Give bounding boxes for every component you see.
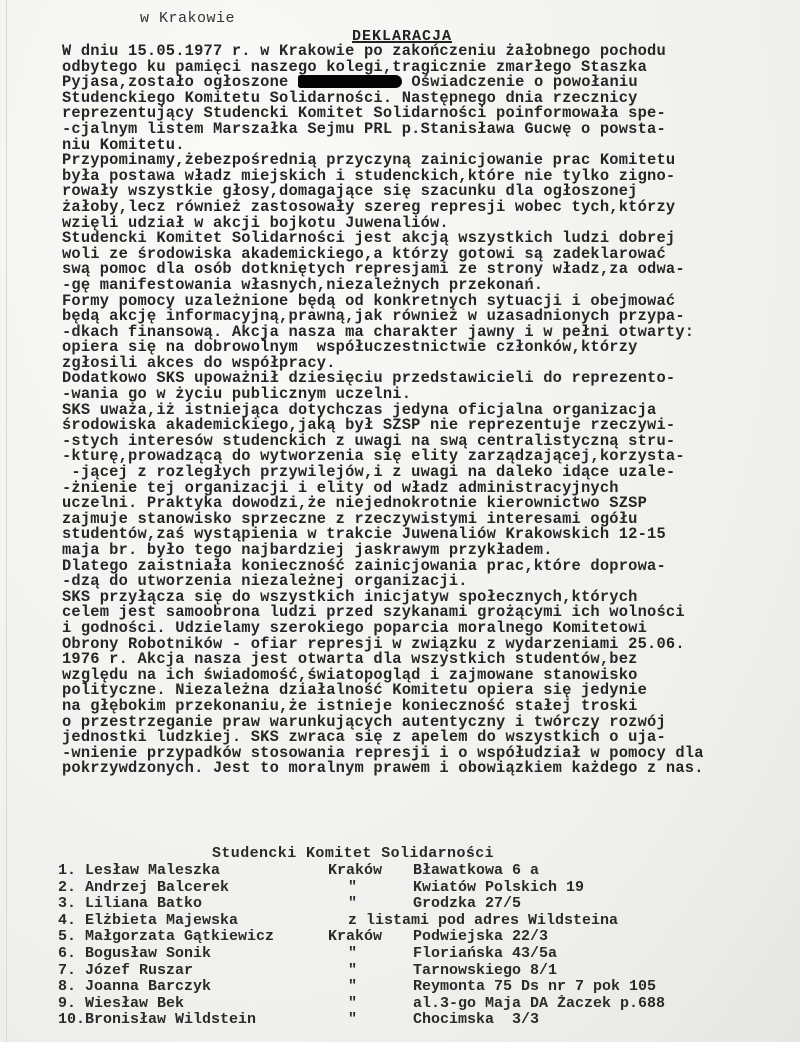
signatories-heading: Studencki Komitet Solidarności (212, 845, 494, 862)
signatory-address: Kwiatów Polskich 19 (413, 879, 584, 896)
signatory-address: Chocimska 3/3 (413, 1011, 539, 1028)
signatory-city: " (348, 978, 357, 995)
signatories-list: 1. Lesław MaleszkaKrakówBławatkowa 6 a2.… (58, 862, 788, 1028)
signatory-name: 2. Andrzej Balcerek (58, 879, 229, 896)
signatory-address: Reymonta 75 Ds nr 7 pok 105 (413, 978, 656, 995)
signatory-city: " (348, 1011, 357, 1028)
signatory-address: al.3-go Maja DA Żaczek p.688 (413, 995, 665, 1012)
signatory-city: Kraków (328, 862, 382, 879)
signatory-name: 9. Wiesław Bek (58, 995, 184, 1012)
signatory-row: 8. Joanna Barczyk"Reymonta 75 Ds nr 7 po… (58, 978, 788, 995)
signatory-name: 10.Bronisław Wildstein (58, 1011, 256, 1028)
signatory-name: 8. Joanna Barczyk (58, 978, 211, 995)
signatory-city: " (348, 895, 357, 912)
signatory-city: " (348, 962, 357, 979)
signatory-row: 6. Bogusław Sonik"Floriańska 43/5a (58, 945, 788, 962)
signatory-row: 10.Bronisław Wildstein"Chocimska 3/3 (58, 1011, 788, 1028)
signatory-name: 1. Lesław Maleszka (58, 862, 220, 879)
signatory-row: 3. Liliana Batko"Grodzka 27/5 (58, 895, 788, 912)
signatory-city: " (348, 945, 357, 962)
signatory-row: 4. Elżbieta Majewskaz listami pod adres … (58, 912, 788, 929)
signatory-name: 6. Bogusław Sonik (58, 945, 211, 962)
declaration-body: W dniu 15.05.1977 r. w Krakowie po zakoń… (62, 44, 782, 777)
redaction-bar (298, 75, 402, 88)
scanned-page: w Krakowie DEKLARACJA W dniu 15.05.1977 … (0, 0, 800, 1042)
signatory-row: 9. Wiesław Bek"al.3-go Maja DA Żaczek p.… (58, 995, 788, 1012)
signatory-address: Floriańska 43/5a (413, 945, 557, 962)
page-edge (6, 0, 7, 1042)
signatory-address: Tarnowskiego 8/1 (413, 962, 557, 979)
signatory-name: 4. Elżbieta Majewska (58, 912, 238, 929)
signatory-address: Grodzka 27/5 (413, 895, 521, 912)
signatory-name: 7. Józef Ruszar (58, 962, 193, 979)
signatory-city: " (348, 995, 357, 1012)
signatory-row: 5. Małgorzata GątkiewiczKrakówPodwiejska… (58, 928, 788, 945)
body-line: pokrzywdzonych. Jest to moralnym prawem … (62, 761, 782, 777)
signatory-row: 2. Andrzej Balcerek"Kwiatów Polskich 19 (58, 879, 788, 896)
signatory-address: Bławatkowa 6 a (413, 862, 539, 879)
signatory-name: 3. Liliana Batko (58, 895, 202, 912)
signatory-city: " (348, 879, 357, 896)
signatory-row: 1. Lesław MaleszkaKrakówBławatkowa 6 a (58, 862, 788, 879)
signatory-address: Podwiejska 22/3 (413, 928, 548, 945)
signatory-name: 5. Małgorzata Gątkiewicz (58, 928, 274, 945)
signatory-note: z listami pod adres Wildsteina (348, 912, 618, 929)
signatory-row: 7. Józef Ruszar"Tarnowskiego 8/1 (58, 962, 788, 979)
signatory-city: Kraków (328, 928, 382, 945)
place-line: w Krakowie (140, 10, 235, 27)
